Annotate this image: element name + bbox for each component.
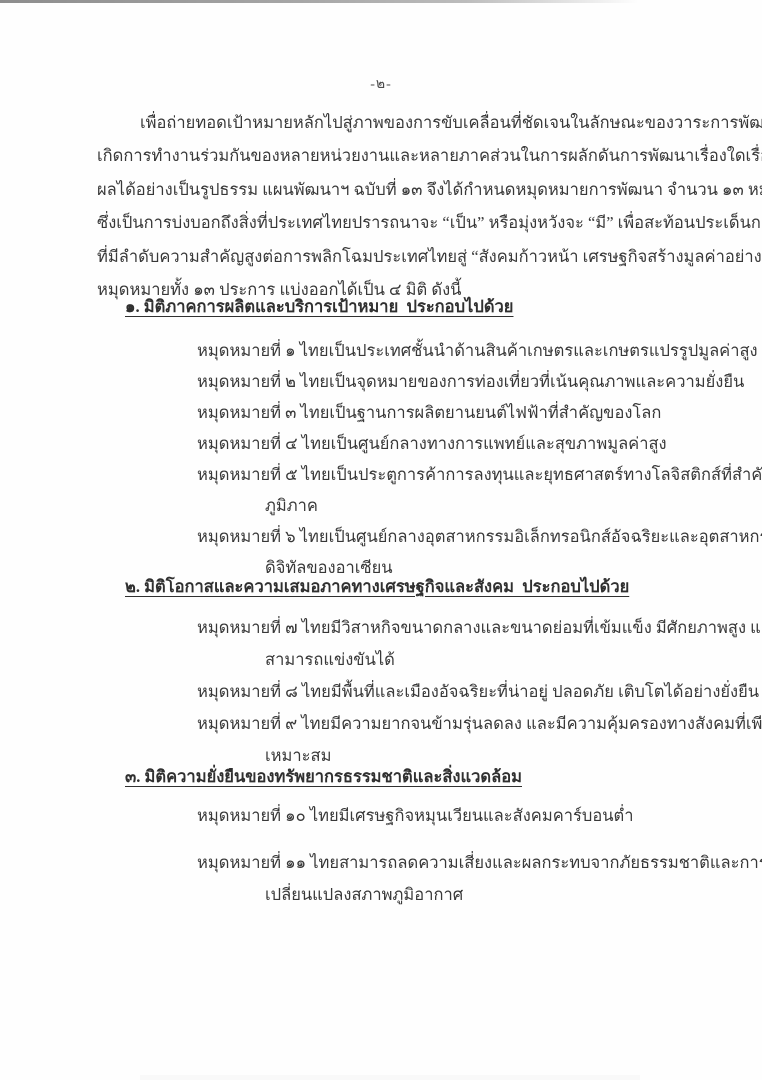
document-page: -๒- เพื่อถ่ายทอดเป้าหมายหลักไปสู่ภาพของก… xyxy=(0,0,762,1080)
milestone-item: หมุดหมายที่ ๘ ไทยมีพื้นที่และเมืองอัจฉริ… xyxy=(197,676,762,708)
paragraph-line: ที่มีลำดับความสำคัญสูงต่อการพลิกโฉมประเท… xyxy=(97,240,679,273)
milestone-item: หมุดหมายที่ ๓ ไทยเป็นฐานการผลิตยานยนต์ไฟ… xyxy=(197,397,762,428)
milestone-item-continuation: สามารถแข่งขันได้ xyxy=(197,644,762,676)
milestone-item: หมุดหมายที่ ๔ ไทยเป็นศูนย์กลางทางการแพทย… xyxy=(197,428,762,459)
section-heading: ๒. มิติโอกาสและความเสมอภาคทางเศรษฐกิจและ… xyxy=(125,570,762,603)
milestone-list: หมุดหมายที่ ๑๐ ไทยมีเศรษฐกิจหมุนเวียนและ… xyxy=(197,800,762,911)
milestone-item: หมุดหมายที่ ๙ ไทยมีความยากจนข้ามรุ่นลดลง… xyxy=(197,708,762,740)
section-natural-resources-sustainability: ๓. มิติความยั่งยืนของทรัพยากรธรรมชาติและ… xyxy=(125,760,762,911)
milestone-list: หมุดหมายที่ ๑ ไทยเป็นประเทศชั้นนำด้านสิน… xyxy=(197,335,762,583)
section-opportunity-and-equity: ๒. มิติโอกาสและความเสมอภาคทางเศรษฐกิจและ… xyxy=(125,570,762,772)
scan-artifact-top xyxy=(0,0,665,3)
milestone-item: หมุดหมายที่ ๑๐ ไทยมีเศรษฐกิจหมุนเวียนและ… xyxy=(197,800,762,832)
scan-artifact-bottom xyxy=(140,1075,640,1080)
opening-paragraph: เพื่อถ่ายทอดเป้าหมายหลักไปสู่ภาพของการขั… xyxy=(97,106,679,306)
page-number: -๒- xyxy=(0,73,762,95)
paragraph-line: เกิดการทำงานร่วมกันของหลายหน่วยงานและหลา… xyxy=(97,139,679,172)
section-heading: ๑. มิติภาคการผลิตและบริการเป้าหมาย ประกอ… xyxy=(125,290,762,323)
paragraph-line: ผลได้อย่างเป็นรูปธรรม แผนพัฒนาฯ ฉบับที่ … xyxy=(97,173,679,206)
milestone-item: หมุดหมายที่ ๕ ไทยเป็นประตูการค้าการลงทุน… xyxy=(197,459,762,490)
milestone-item: หมุดหมายที่ ๖ ไทยเป็นศูนย์กลางอุตสาหกรรม… xyxy=(197,521,762,552)
milestone-list: หมุดหมายที่ ๗ ไทยมีวิสาหกิจขนาดกลางและขน… xyxy=(197,612,762,772)
milestone-item-continuation: ภูมิภาค xyxy=(197,490,762,521)
milestone-item: หมุดหมายที่ ๑ ไทยเป็นประเทศชั้นนำด้านสิน… xyxy=(197,335,762,366)
paragraph-line: เพื่อถ่ายทอดเป้าหมายหลักไปสู่ภาพของการขั… xyxy=(97,106,679,139)
section-heading: ๓. มิติความยั่งยืนของทรัพยากรธรรมชาติและ… xyxy=(125,760,762,793)
milestone-item: หมุดหมายที่ ๒ ไทยเป็นจุดหมายของการท่องเท… xyxy=(197,366,762,397)
milestone-item-continuation: เปลี่ยนแปลงสภาพภูมิอากาศ xyxy=(197,879,762,911)
milestone-item: หมุดหมายที่ ๑๑ ไทยสามารถลดความเสี่ยงและผ… xyxy=(197,847,762,879)
section-production-and-services: ๑. มิติภาคการผลิตและบริการเป้าหมาย ประกอ… xyxy=(125,290,762,583)
paragraph-line: ซึ่งเป็นการบ่งบอกถึงสิ่งที่ประเทศไทยปราร… xyxy=(97,206,679,239)
milestone-item: หมุดหมายที่ ๗ ไทยมีวิสาหกิจขนาดกลางและขน… xyxy=(197,612,762,644)
